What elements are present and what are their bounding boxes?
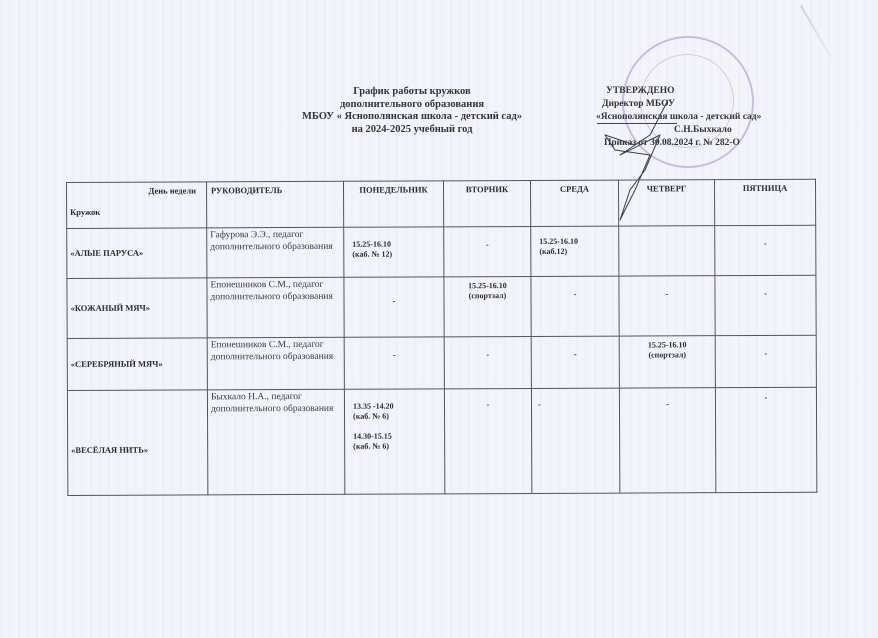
room-value: (каб.12) [539,247,618,257]
table-row: «КОЖАНЫЙ МЯЧ» Епонешников С.М., педагог … [67,275,816,338]
time-value: 15.25-16.10 [539,237,618,247]
club-name-cell: «АЛЫЕ ПАРУСА» [67,228,207,279]
wednesday-cell: - [531,276,619,336]
title-line: График работы кружков [262,86,562,99]
header-wednesday: СРЕДА [530,180,618,226]
wednesday-cell: - [531,388,619,493]
title-line: на 2024-2025 учебный год [262,124,562,137]
teacher-cell: Гафурова Э.Э., педагог дополнительного о… [207,227,344,278]
paper-fold-mark [800,5,832,58]
header-teacher: РУКОВОДИТЕЛЬ [207,181,344,228]
table-header-row: День недели Кружок РУКОВОДИТЕЛЬ ПОНЕДЕЛЬ… [67,179,816,228]
title-line: МБОУ « Яснополянская школа - детский сад… [262,111,562,124]
room-value: (каб. № 6) [353,411,444,421]
monday-cell: 15.25-16.10 (каб. № 12) [344,227,444,277]
table-row: «СЕРЕБРЯНЫЙ МЯЧ» Епонешников С.М., педаг… [67,335,816,390]
monday-cell: 13.35 -14.20 (каб. № 6) 14.30-15.15 (каб… [344,389,444,494]
corner-header: День недели Кружок [67,182,207,229]
time-value: 15.25-16.10 [444,281,530,291]
schedule-table: День недели Кружок РУКОВОДИТЕЛЬ ПОНЕДЕЛЬ… [66,179,817,496]
header-monday: ПОНЕДЕЛЬНИК [343,181,443,227]
room-value: (спортзал) [444,291,530,301]
room-value: (спортзал) [620,350,715,360]
title-line: дополнительного образования [262,99,562,112]
thursday-cell [619,226,715,276]
time-value: 14.30-15.15 [353,431,444,441]
document-title: График работы кружков дополнительного об… [262,86,562,136]
time-value: 13.35 -14.20 [353,401,444,411]
time-value: 15.25-16.10 [620,340,715,350]
thursday-cell: - [619,388,715,493]
room-value: (каб. № 12) [352,249,443,259]
club-name-cell: «КОЖАНЫЙ МЯЧ» [67,278,207,339]
room-value: (каб. № 6) [353,441,444,451]
corner-club-label: Кружок [70,207,100,218]
teacher-cell: Быхкало Н.А., педагог дополнительного об… [207,389,344,495]
thursday-cell: - [619,276,715,336]
corner-day-label: День недели [148,185,196,196]
friday-cell: - [715,387,816,492]
header-friday: ПЯТНИЦА [714,179,815,225]
scanned-page: График работы кружков дополнительного об… [0,0,878,638]
club-name-cell: «ВЕСЁЛАЯ НИТЬ» [67,390,207,496]
header-tuesday: ВТОРНИК [443,180,530,226]
teacher-cell: Епонешников С.М., педагог дополнительног… [207,277,344,338]
header-thursday: ЧЕТВЕРГ [618,180,714,226]
monday-cell: - [344,337,444,389]
teacher-cell: Епонешников С.М., педагог дополнительног… [207,337,344,390]
tuesday-cell: - [444,226,531,276]
wednesday-cell: 15.25-16.10 (каб.12) [531,226,619,276]
friday-cell: - [715,275,816,335]
tuesday-cell: - [444,388,531,493]
friday-cell: - [715,335,816,387]
table-row: «АЛЫЕ ПАРУСА» Гафурова Э.Э., педагог доп… [67,225,816,278]
monday-cell: - [344,277,444,337]
thursday-cell: 15.25-16.10 (спортзал) [619,336,715,388]
wednesday-cell: - [531,336,619,388]
club-name-cell: «СЕРЕБРЯНЫЙ МЯЧ» [67,338,207,391]
tuesday-cell: - [444,336,531,388]
time-value: 15.25-16.10 [352,239,443,249]
tuesday-cell: 15.25-16.10 (спортзал) [444,276,531,336]
table-row: «ВЕСЁЛАЯ НИТЬ» Быхкало Н.А., педагог доп… [67,387,816,495]
friday-cell: - [715,225,816,275]
